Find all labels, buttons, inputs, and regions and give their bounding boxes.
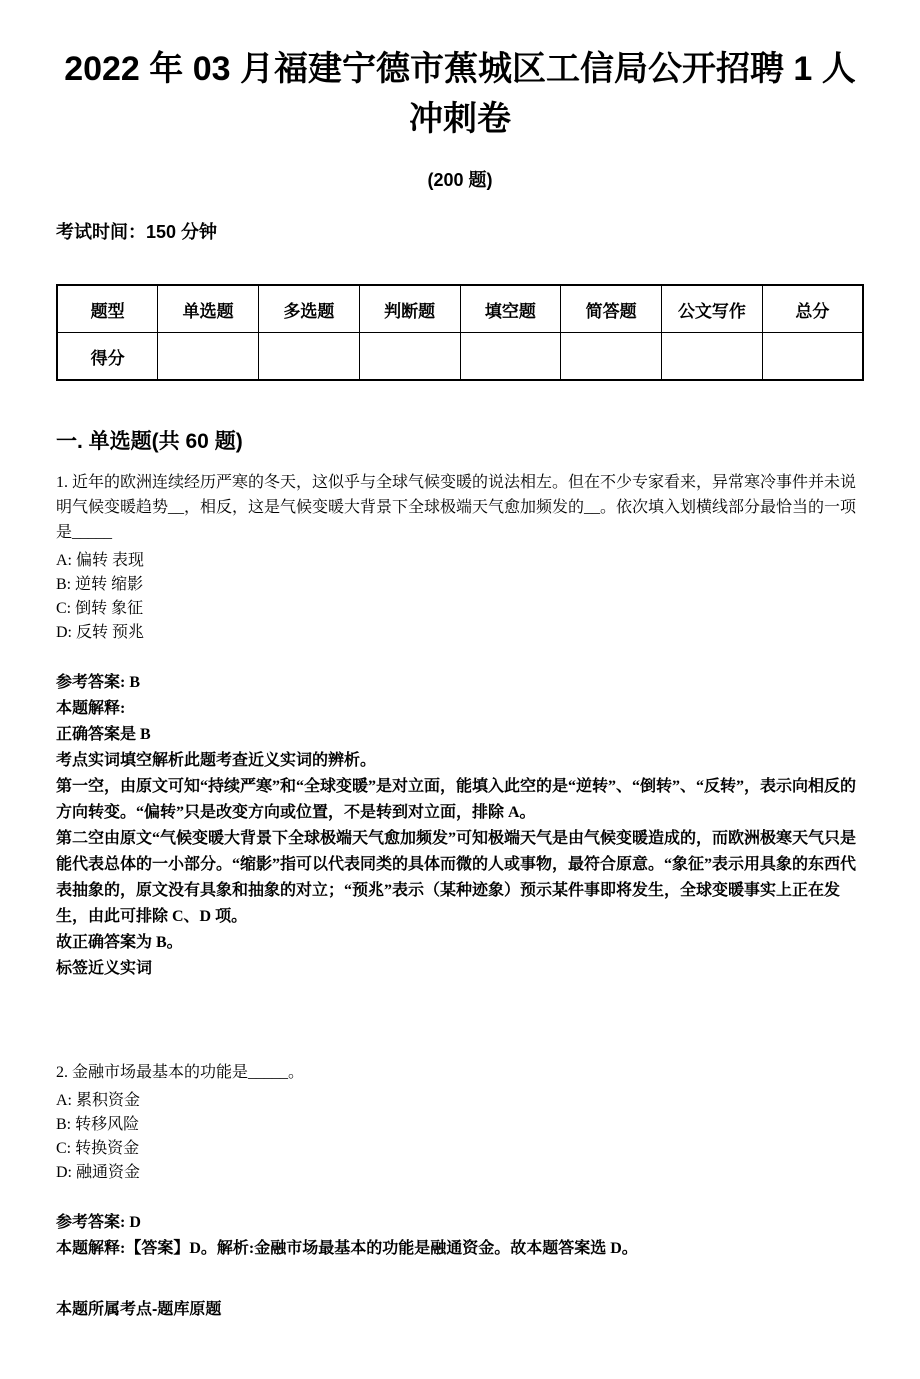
score-cell-empty <box>561 333 662 381</box>
option-a: A: 偏转 表现 <box>56 549 864 573</box>
score-table-header-cell: 题型 <box>57 285 158 333</box>
option-d: D: 融通资金 <box>56 1161 864 1185</box>
explanation-paragraph: 第一空，由原文可知“持续严寒”和“全球变暖”是对立面，能填入此空的是“逆转”、“… <box>56 774 864 826</box>
option-c: C: 转换资金 <box>56 1137 864 1161</box>
exam-paper-page: 2022 年 03 月福建宁德市蕉城区工信局公开招聘 1 人 冲刺卷 (200 … <box>0 0 920 1379</box>
explanation-title: 本题解释: <box>56 696 864 722</box>
answer-block: 参考答案: D 本题解释:【答案】D。解析:金融市场最基本的功能是融通资金。故本… <box>56 1210 864 1262</box>
topic-note: 本题所属考点-题库原题 <box>56 1296 864 1319</box>
score-table-header-cell: 公文写作 <box>662 285 763 333</box>
option-list: A: 偏转 表现 B: 逆转 缩影 C: 倒转 象征 D: 反转 预兆 <box>56 549 864 645</box>
option-c: C: 倒转 象征 <box>56 597 864 621</box>
score-cell-empty <box>359 333 460 381</box>
score-table-header-cell: 判断题 <box>359 285 460 333</box>
explanation-inline: 本题解释:【答案】D。解析:金融市场最基本的功能是融通资金。故本题答案选 D。 <box>56 1236 864 1262</box>
explanation-paragraph: 故正确答案为 B。 <box>56 930 864 956</box>
score-table-header-cell: 多选题 <box>259 285 360 333</box>
explanation-paragraph: 正确答案是 B <box>56 722 864 748</box>
option-a: A: 累积资金 <box>56 1089 864 1113</box>
score-row-label: 得分 <box>57 333 158 381</box>
score-cell-empty <box>158 333 259 381</box>
score-cell-empty <box>762 333 863 381</box>
reference-answer: 参考答案: B <box>56 670 864 696</box>
page-title: 2022 年 03 月福建宁德市蕉城区工信局公开招聘 1 人 冲刺卷 <box>56 44 864 144</box>
option-b: B: 逆转 缩影 <box>56 573 864 597</box>
option-d: D: 反转 预兆 <box>56 621 864 645</box>
score-table-header-cell: 填空题 <box>460 285 561 333</box>
page-title-line-1: 2022 年 03 月福建宁德市蕉城区工信局公开招聘 1 人 <box>56 44 864 94</box>
answer-block: 参考答案: B 本题解释: 正确答案是 B 考点实词填空解析此题考查近义实词的辨… <box>56 670 864 982</box>
question-block-1: 1. 近年的欧洲连续经历严寒的冬天，这似乎与全球气候变暖的说法相左。但在不少专家… <box>56 470 864 982</box>
score-cell-empty <box>259 333 360 381</box>
option-list: A: 累积资金 B: 转移风险 C: 转换资金 D: 融通资金 <box>56 1089 864 1185</box>
score-table-header-cell: 单选题 <box>158 285 259 333</box>
question-count-subtitle: (200 题) <box>56 166 864 192</box>
question-stem: 1. 近年的欧洲连续经历严寒的冬天，这似乎与全球气候变暖的说法相左。但在不少专家… <box>56 470 864 545</box>
page-title-line-2: 冲刺卷 <box>56 94 864 144</box>
explanation-paragraph: 考点实词填空解析此题考查近义实词的辨析。 <box>56 748 864 774</box>
reference-answer: 参考答案: D <box>56 1210 864 1236</box>
exam-time-label: 考试时间：150 分钟 <box>56 218 864 244</box>
score-cell-empty <box>460 333 561 381</box>
question-stem: 2. 金融市场最基本的功能是_____。 <box>56 1060 864 1085</box>
score-table: 题型 单选题 多选题 判断题 填空题 简答题 公文写作 总分 得分 <box>56 284 864 381</box>
section-heading: 一. 单选题(共 60 题) <box>56 425 864 455</box>
score-table-header-cell: 总分 <box>762 285 863 333</box>
explanation-paragraph: 第二空由原文“气候变暖大背景下全球极端天气愈加频发”可知极端天气是由气候变暖造成… <box>56 826 864 930</box>
score-table-header-cell: 简答题 <box>561 285 662 333</box>
score-table-score-row: 得分 <box>57 333 863 381</box>
score-cell-empty <box>662 333 763 381</box>
question-block-2: 2. 金融市场最基本的功能是_____。 A: 累积资金 B: 转移风险 C: … <box>56 1060 864 1319</box>
score-table-header-row: 题型 单选题 多选题 判断题 填空题 简答题 公文写作 总分 <box>57 285 863 333</box>
explanation-tag: 标签近义实词 <box>56 956 864 982</box>
option-b: B: 转移风险 <box>56 1113 864 1137</box>
